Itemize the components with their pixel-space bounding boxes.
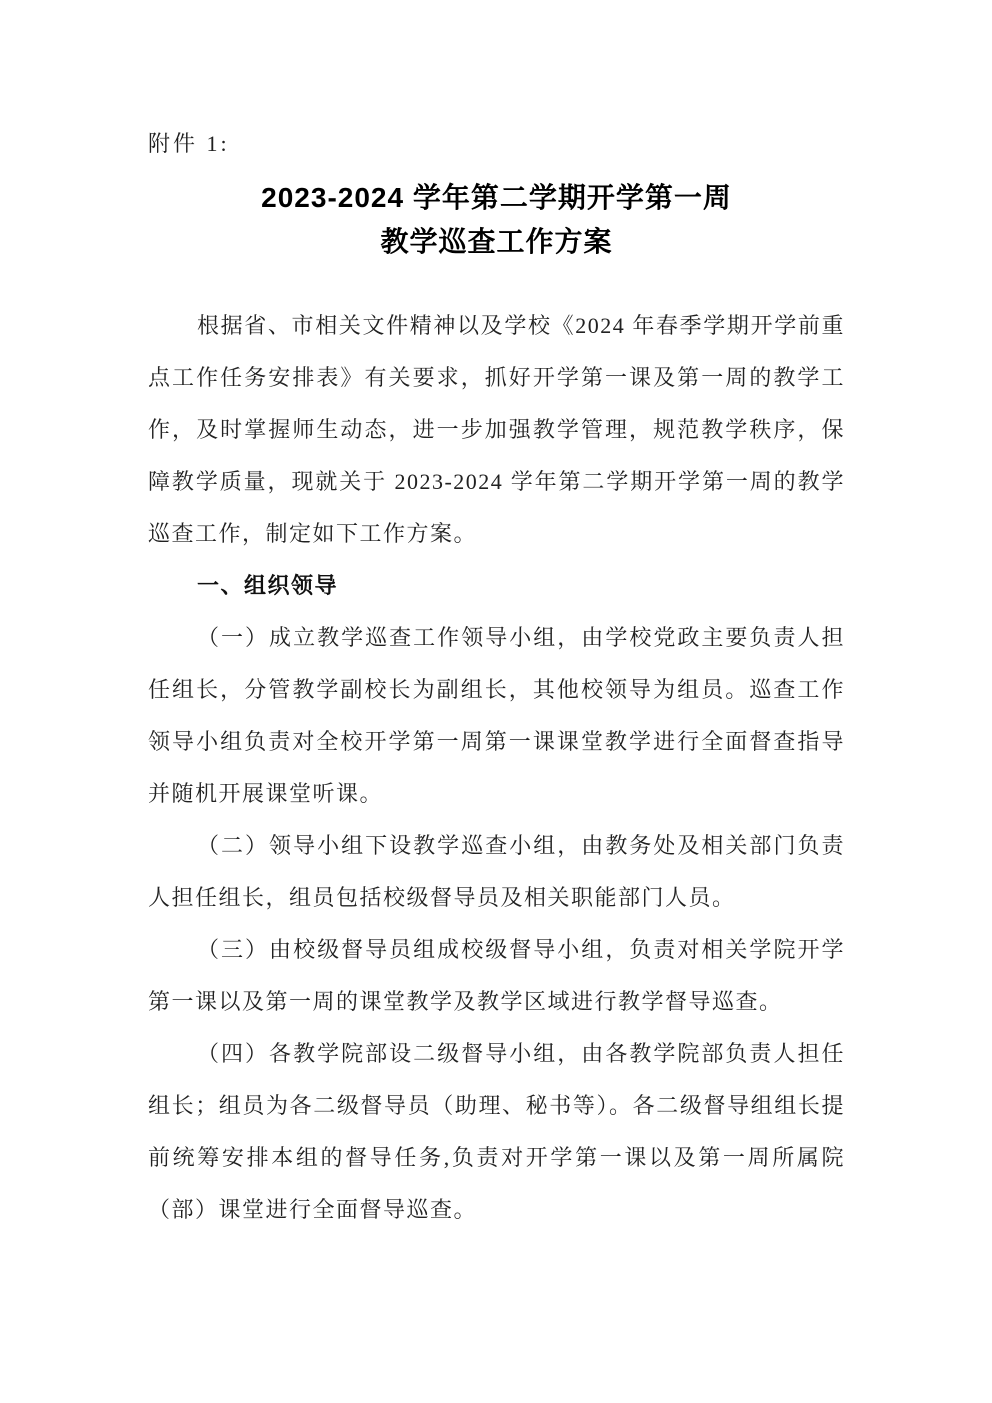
attachment-label: 附件 1: <box>148 130 845 158</box>
section-paragraph-1: （一）成立教学巡查工作领导小组，由学校党政主要负责人担任组长，分管教学副校长为副… <box>148 612 845 820</box>
document-page: 附件 1: 2023-2024 学年第二学期开学第一周 教学巡查工作方案 根据省… <box>0 0 992 1403</box>
section-paragraph-2: （二）领导小组下设教学巡查小组，由教务处及相关部门负责人担任组长，组员包括校级督… <box>148 820 845 924</box>
section-paragraph-4: （四）各教学院部设二级督导小组，由各教学院部负责人担任组长；组员为各二级督导员（… <box>148 1028 845 1236</box>
document-title: 2023-2024 学年第二学期开学第一周 教学巡查工作方案 <box>148 176 845 264</box>
section-paragraph-3: （三）由校级督导员组成校级督导小组，负责对相关学院开学第一课以及第一周的课堂教学… <box>148 924 845 1028</box>
document-title-line-2: 教学巡查工作方案 <box>148 220 845 264</box>
intro-paragraph: 根据省、市相关文件精神以及学校《2024 年春季学期开学前重点工作任务安排表》有… <box>148 300 845 560</box>
document-title-line-1: 2023-2024 学年第二学期开学第一周 <box>148 176 845 220</box>
section-heading: 一、组织领导 <box>148 560 845 612</box>
document-body: 根据省、市相关文件精神以及学校《2024 年春季学期开学前重点工作任务安排表》有… <box>148 300 845 1236</box>
